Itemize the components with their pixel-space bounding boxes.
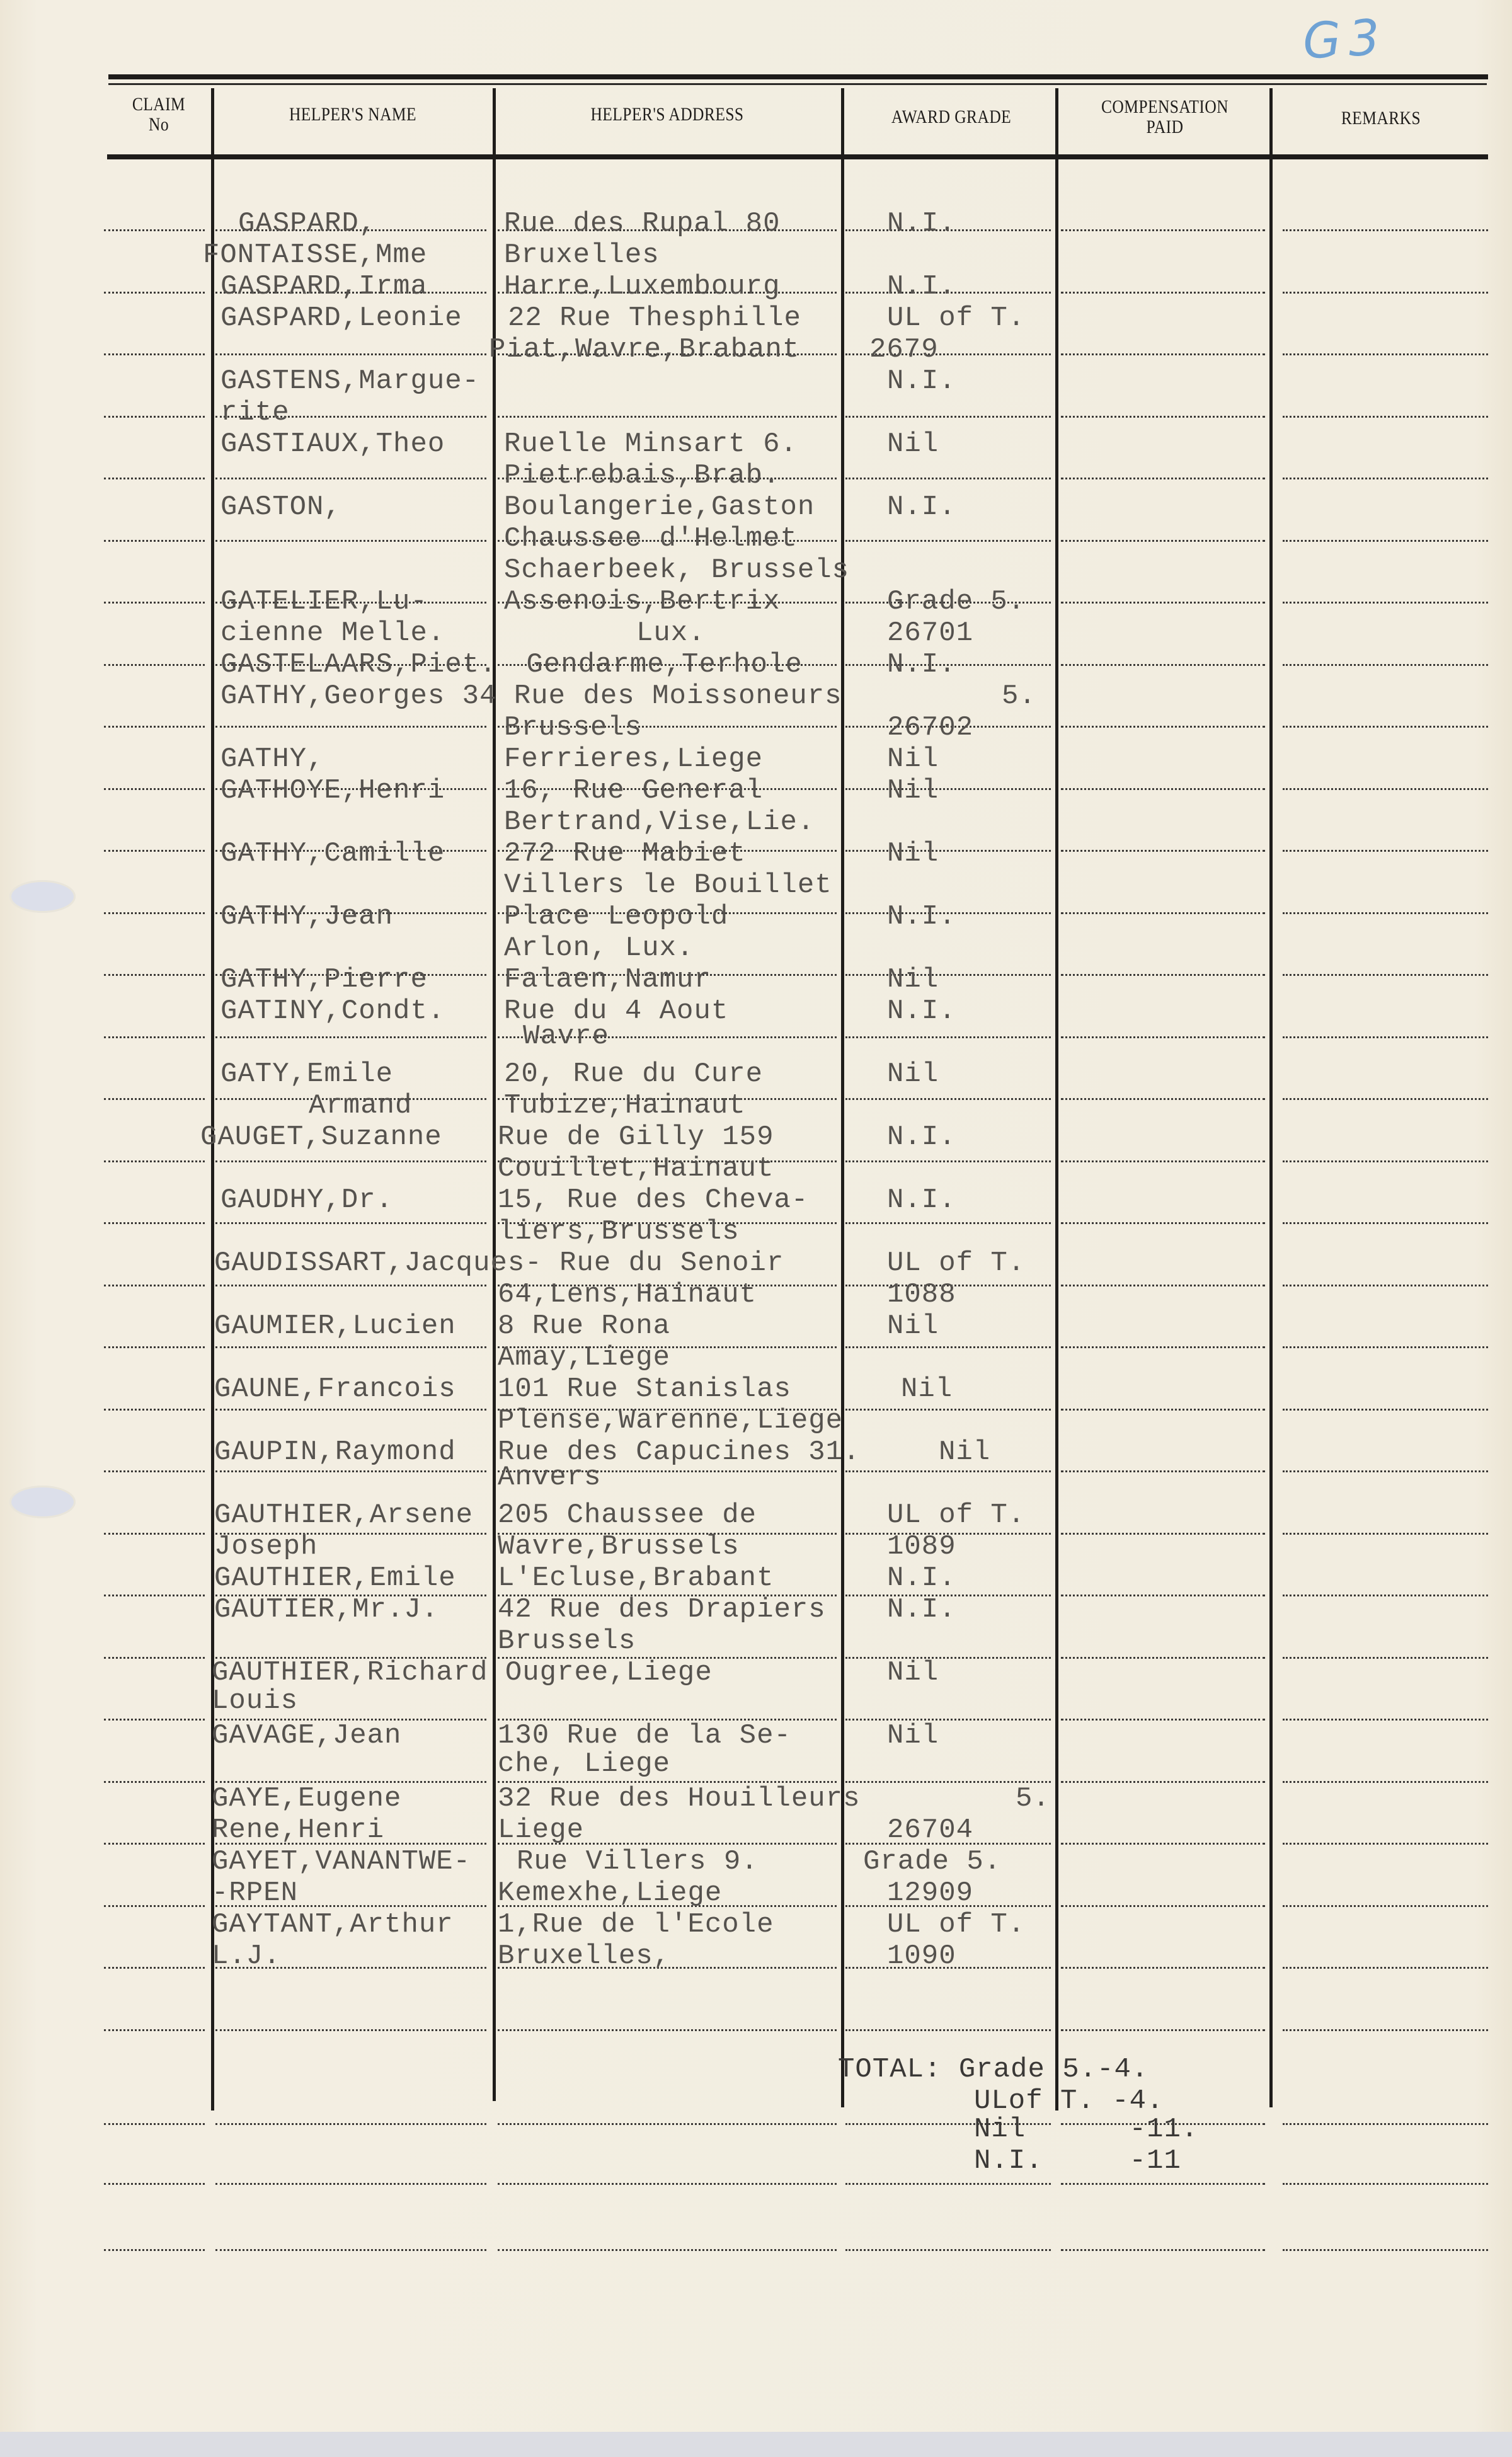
dotted-rule (1061, 1036, 1265, 1038)
dotted-rule (1061, 1781, 1265, 1783)
grade-text: N.I. (887, 995, 956, 1027)
dotted-rule (104, 1967, 205, 1969)
dotted-rule (1061, 912, 1265, 914)
dotted-rule (845, 1346, 1051, 1348)
dotted-rule (1283, 602, 1488, 604)
dotted-rule (845, 1470, 1051, 1472)
address-text: Chaussee d'Helmet (504, 523, 798, 554)
dotted-rule (845, 478, 1051, 479)
name-text: GAUDISSART,Jacques- Rue du Senoir (214, 1247, 784, 1279)
grade-text: Nil (939, 1436, 990, 1468)
dotted-rule (1283, 1905, 1488, 1907)
grade-text: 26701 (887, 617, 973, 649)
dotted-rule (215, 1409, 486, 1411)
dotted-rule (104, 229, 205, 231)
dotted-rule (1283, 664, 1488, 666)
name-text: GAUTHIER,Emile (214, 1562, 456, 1594)
dotted-rule (104, 2123, 205, 2125)
dotted-rule (1283, 974, 1488, 976)
dotted-rule (215, 2029, 486, 2031)
dotted-rule (498, 2183, 837, 2185)
name-text: GATELIER,Lu- (220, 586, 428, 617)
header-top-rule (108, 74, 1488, 79)
grade-text: N.I. (887, 208, 956, 239)
dotted-rule (845, 974, 1051, 976)
name-text: GAUGET,Suzanne (200, 1121, 442, 1153)
dotted-rule (1061, 478, 1265, 479)
name-text: FONTAISSE,Mme (203, 239, 427, 271)
address-text: Wavre (523, 1021, 609, 1052)
dotted-rule (215, 1285, 486, 1286)
name-text: GATHOYE,Henri (220, 775, 445, 806)
grade-text: N.I. (887, 491, 956, 523)
address-text: Harre,Luxembourg (504, 271, 780, 302)
grade-text: N.I. (887, 901, 956, 932)
column-rule (1269, 88, 1273, 2107)
address-text: Kemexhe,Liege (498, 1877, 722, 1909)
dotted-rule (215, 2249, 486, 2251)
address-text: 42 Rue des Drapiers (498, 1594, 826, 1625)
address-text: Schaerbeek, Brussels (504, 554, 849, 586)
dotted-rule (1283, 1346, 1488, 1348)
dotted-rule (215, 726, 486, 728)
dotted-rule (845, 1657, 1051, 1659)
grade-text: 26704 (887, 1814, 973, 1846)
name-text: Louis (212, 1685, 298, 1717)
address-text: Anvers (498, 1462, 601, 1493)
dotted-rule (1283, 788, 1488, 790)
name-text: GAUTIER,Mr.J. (214, 1594, 438, 1625)
address-text: Place Leopold (504, 901, 728, 932)
name-text: GASPARD, (238, 208, 376, 239)
grade-text: Nil (901, 1373, 953, 1405)
name-text: rite (220, 397, 290, 428)
dotted-rule (104, 478, 205, 479)
grade-text: Nil (887, 428, 939, 460)
grade-text: Grade 5. (887, 586, 1025, 617)
grade-text: 1089 (887, 1531, 956, 1562)
address-text: Rue des Rupal 80 (504, 208, 780, 239)
grade-text: Nil (887, 1058, 939, 1090)
dotted-rule (1061, 1843, 1265, 1845)
grade-text: UL of T. (887, 1247, 1025, 1279)
address-text: Bertrand,Vise,Lie. (504, 806, 815, 838)
dotted-rule (1061, 1098, 1265, 1100)
name-text: GAUDHY,Dr. (220, 1184, 393, 1216)
name-text: GAUNE,Francois (214, 1373, 456, 1405)
dotted-rule (845, 1160, 1051, 1162)
address-text: 205 Chaussee de (498, 1499, 757, 1531)
dotted-rule (104, 1346, 205, 1348)
dotted-rule (1283, 229, 1488, 231)
address-text: liers,Brussels (498, 1216, 740, 1247)
dotted-rule (1283, 1409, 1488, 1411)
dotted-rule (1061, 1470, 1265, 1472)
address-text: Boulangerie,Gaston (504, 491, 815, 523)
name-text: GATHY, (220, 743, 324, 775)
name-text: L.J. (212, 1940, 281, 1972)
name-text: GASTENS,Margue- (220, 365, 479, 397)
header-remarks: REMARKS (1290, 108, 1472, 129)
dotted-rule (1061, 1719, 1265, 1721)
grade-text: N.I. (887, 365, 956, 397)
dotted-rule (1283, 1098, 1488, 1100)
header-top-thin-rule (108, 83, 1487, 85)
name-text: GASTON, (220, 491, 341, 523)
name-text: GASPARD,Leonie (220, 302, 462, 334)
address-text: che, Liege (498, 1748, 670, 1780)
name-text: GAUPIN,Raymond (214, 1436, 456, 1468)
dotted-rule (1283, 726, 1488, 728)
grade-text: Grade 5. (863, 1846, 1001, 1877)
dotted-rule (215, 2183, 486, 2185)
dotted-rule (498, 2123, 837, 2125)
dotted-rule (104, 1036, 205, 1038)
address-text: Couillet,Hainaut (498, 1153, 774, 1184)
dotted-rule (104, 912, 205, 914)
dotted-rule (845, 788, 1051, 790)
address-text: Brussels (498, 1625, 636, 1657)
address-text: 1,Rue de l'Ecole (498, 1909, 774, 1940)
address-text: 272 Rue Mabiet (504, 838, 746, 869)
dotted-rule (498, 2029, 837, 2031)
dotted-rule (104, 664, 205, 666)
dotted-rule (1283, 2249, 1488, 2251)
dotted-rule (104, 1222, 205, 1224)
dotted-rule (1283, 850, 1488, 852)
grade-text: N.I. (887, 1562, 956, 1594)
name-text: GAUTHIER,Richard Ougree,Liege (212, 1657, 713, 1688)
dotted-rule (215, 1160, 486, 1162)
dotted-rule (104, 850, 205, 852)
dotted-rule (104, 1160, 205, 1162)
dotted-rule (1061, 1533, 1265, 1535)
dotted-rule (104, 726, 205, 728)
address-text: Gendarme,Terhole (509, 649, 803, 680)
dotted-rule (1061, 1657, 1265, 1659)
dotted-rule (1061, 974, 1265, 976)
column-rule (493, 88, 496, 2101)
grade-text: N.I. (887, 649, 956, 680)
name-text: Rene,Henri (212, 1814, 384, 1846)
address-text: Bruxelles, (498, 1940, 670, 1972)
total-line: TOTAL: Grade 5.-4. (838, 2054, 1148, 2085)
name-text: GASPARD,Irma (220, 271, 428, 302)
dotted-rule (1283, 1036, 1488, 1038)
dotted-rule (104, 1533, 205, 1535)
dotted-rule (1061, 788, 1265, 790)
grade-text: Nil (887, 1310, 939, 1342)
total-line: N.I. -11 (974, 2145, 1181, 2177)
dotted-rule (1283, 1719, 1488, 1721)
dotted-rule (1061, 602, 1265, 604)
dotted-rule (1061, 229, 1265, 231)
address-text: Villers le Bouillet (504, 869, 832, 901)
address-text: 130 Rue de la Se- (498, 1720, 791, 1751)
header-award-grade: AWARD GRADE (861, 107, 1041, 127)
address-text: Wavre,Brussels (498, 1531, 740, 1562)
dotted-rule (845, 1719, 1051, 1721)
dotted-rule (1061, 664, 1265, 666)
dotted-rule (1283, 1160, 1488, 1162)
dotted-rule (1283, 2183, 1488, 2185)
punch-hole-icon (9, 1486, 76, 1518)
dotted-rule (104, 353, 205, 355)
grade-text: UL of T. (887, 1499, 1025, 1531)
dotted-rule (845, 2183, 1051, 2185)
dotted-rule (104, 1905, 205, 1907)
dotted-rule (1283, 1533, 1488, 1535)
header-bottom-rule (107, 154, 1488, 159)
dotted-rule (1061, 416, 1265, 418)
address-text: Piat,Wavre,Brabant (489, 334, 799, 365)
dotted-rule (215, 353, 486, 355)
dotted-rule (215, 1470, 486, 1472)
dotted-rule (845, 540, 1051, 542)
dotted-rule (104, 540, 205, 542)
grade-text: N.I. (887, 1184, 956, 1216)
address-text: Lux. (636, 617, 706, 649)
dotted-rule (215, 1222, 486, 1224)
name-text: Armand (309, 1090, 412, 1121)
grade-text: N.I. (887, 271, 956, 302)
dotted-rule (1061, 1222, 1265, 1224)
dotted-rule (1061, 1967, 1265, 1969)
dotted-rule (1061, 1409, 1265, 1411)
address-text: Ferrieres,Liege (504, 743, 763, 775)
dotted-rule (215, 1036, 486, 1038)
address-text: Rue de Gilly 159 (498, 1121, 774, 1153)
name-text: cienne Melle. (220, 617, 445, 649)
total-line: ULof T. -4. (974, 2085, 1164, 2117)
header-compensation-paid: COMPENSATION PAID (1077, 97, 1254, 137)
name-text: GAYE,Eugene (212, 1783, 401, 1814)
dotted-rule (104, 292, 205, 294)
dotted-rule (1061, 726, 1265, 728)
address-text: 32 Rue des Houilleurs (498, 1783, 861, 1814)
dotted-rule (104, 974, 205, 976)
dotted-rule (1061, 353, 1265, 355)
dotted-rule (845, 1036, 1051, 1038)
dotted-rule (104, 2183, 205, 2185)
grade-text: 12909 (887, 1877, 973, 1909)
dotted-rule (1283, 1470, 1488, 1472)
address-text: Liege (498, 1814, 584, 1846)
name-text: GASTELAARS,Piet. (220, 649, 496, 680)
dotted-rule (845, 1222, 1051, 1224)
dotted-rule (1283, 912, 1488, 914)
dotted-rule (1283, 1222, 1488, 1224)
address-text: 64,Lens,Hainaut (498, 1279, 757, 1310)
grade-text: N.I. (887, 1121, 956, 1153)
dotted-rule (1061, 1595, 1265, 1596)
dotted-rule (104, 2249, 205, 2251)
dotted-rule (104, 1719, 205, 1721)
address-text: Tubize,Hainaut (504, 1090, 746, 1121)
dotted-rule (1283, 1967, 1488, 1969)
address-text: 8 Rue Rona (498, 1310, 670, 1342)
name-text: GASTIAUX,Theo (220, 428, 445, 460)
dotted-rule (845, 850, 1051, 852)
address-text: Assenois,Bertrix (504, 586, 780, 617)
dotted-rule (104, 1781, 205, 1783)
name-text: GAUMIER,Lucien (214, 1310, 456, 1342)
address-text: 20, Rue du Cure (504, 1058, 763, 1090)
dotted-rule (845, 1409, 1051, 1411)
dotted-rule (104, 416, 205, 418)
handwritten-annotation: G3 (1302, 9, 1389, 71)
dotted-rule (215, 540, 486, 542)
address-text: L'Ecluse,Brabant (498, 1562, 774, 1594)
address-text: 22 Rue Thesphille (508, 302, 801, 334)
punch-hole-icon (9, 880, 76, 913)
dotted-rule (1061, 292, 1265, 294)
dotted-rule (1283, 1843, 1488, 1845)
address-text: Pietrebais,Brab. (504, 460, 780, 491)
grade-text: Nil (887, 1657, 939, 1688)
dotted-rule (1283, 540, 1488, 542)
dotted-rule (104, 1595, 205, 1596)
header-helper-name: HELPER'S NAME (235, 105, 471, 125)
dotted-rule (104, 602, 205, 604)
name-text: GAYTANT,Arthur (212, 1909, 454, 1940)
address-text: Ruelle Minsart 6. (504, 428, 798, 460)
dotted-rule (1061, 850, 1265, 852)
grade-text: UL of T. (887, 302, 1025, 334)
dotted-rule (104, 1098, 205, 1100)
dotted-rule (215, 2123, 486, 2125)
dotted-rule (1061, 1160, 1265, 1162)
name-text: GAYET,VANANTWE- (212, 1846, 471, 1877)
dotted-rule (104, 2029, 205, 2031)
dotted-rule (1283, 1781, 1488, 1783)
grade-text: UL of T. (887, 1909, 1025, 1940)
grade-text: 1090 (887, 1940, 956, 1972)
address-text: 101 Rue Stanislas (498, 1373, 791, 1405)
dotted-rule (104, 788, 205, 790)
dotted-rule (498, 2249, 837, 2251)
grade-text: 26702 (887, 712, 973, 743)
dotted-rule (104, 1470, 205, 1472)
dotted-rule (1283, 1657, 1488, 1659)
dotted-rule (845, 1098, 1051, 1100)
dotted-rule (104, 1285, 205, 1286)
name-text: GATHY,Pierre (220, 964, 428, 995)
address-text: Brussels (504, 712, 642, 743)
address-text: 16, Rue General (504, 775, 763, 806)
address-text: Arlon, Lux. (504, 932, 694, 964)
dotted-rule (1283, 416, 1488, 418)
grade-text: 1088 (887, 1279, 956, 1310)
header-claim-no: CLAIM No (116, 94, 202, 135)
grade-text: N.I. (887, 1594, 956, 1625)
grade-text: Nil (887, 1720, 939, 1751)
dotted-rule (845, 416, 1051, 418)
grade-text: 5. (1016, 1783, 1050, 1814)
header-helper-address: HELPER'S ADDRESS (521, 105, 813, 125)
name-text: GATHY,Georges 34 Rue des Moissoneurs (220, 680, 842, 712)
name-text: Joseph (214, 1531, 318, 1562)
address-text: Bruxelles (504, 239, 660, 271)
grade-text: Nil (887, 743, 939, 775)
dotted-rule (1283, 478, 1488, 479)
column-rule (1055, 88, 1058, 2110)
dotted-rule (1061, 1285, 1265, 1286)
dotted-rule (1061, 1905, 1265, 1907)
address-text: Rue Villers 9. (517, 1846, 759, 1877)
dotted-rule (104, 1843, 205, 1845)
dotted-rule (1061, 2183, 1265, 2185)
grade-text: Nil (887, 775, 939, 806)
dotted-rule (1283, 2123, 1488, 2125)
dotted-rule (104, 1409, 205, 1411)
dotted-rule (1061, 540, 1265, 542)
address-text: Plense,Warenne,Liege (498, 1405, 843, 1436)
name-text: GATHY,Jean (220, 901, 393, 932)
name-text: GAVAGE,Jean (212, 1720, 401, 1751)
grade-text: Nil (887, 964, 939, 995)
grade-text: 2679 (869, 334, 939, 365)
name-text: GATHY,Camille (220, 838, 445, 869)
grade-text: 5. (1002, 680, 1036, 712)
address-text: Amay,Liege (498, 1342, 670, 1373)
name-text: GAUTHIER,Arsene (214, 1499, 473, 1531)
dotted-rule (1283, 1595, 1488, 1596)
dotted-rule (1283, 2029, 1488, 2031)
grade-text: Nil (887, 838, 939, 869)
dotted-rule (1283, 353, 1488, 355)
dotted-rule (1061, 1346, 1265, 1348)
scan-background-strip (0, 2432, 1512, 2457)
name-text: GATY,Emile (220, 1058, 393, 1090)
dotted-rule (215, 1346, 486, 1348)
dotted-rule (498, 416, 837, 418)
dotted-rule (1061, 2249, 1265, 2251)
dotted-rule (104, 1657, 205, 1659)
dotted-rule (215, 478, 486, 479)
total-line: Nil -11. (974, 2114, 1198, 2145)
dotted-rule (845, 2029, 1051, 2031)
dotted-rule (1061, 2029, 1265, 2031)
name-text: GATINY,Condt. (220, 995, 445, 1027)
dotted-rule (845, 2249, 1051, 2251)
dotted-rule (1283, 292, 1488, 294)
address-text: Falaen,Namur (504, 964, 711, 995)
dotted-rule (1283, 1285, 1488, 1286)
address-text: 15, Rue des Cheva- (498, 1184, 808, 1216)
name-text: -RPEN (212, 1877, 298, 1909)
